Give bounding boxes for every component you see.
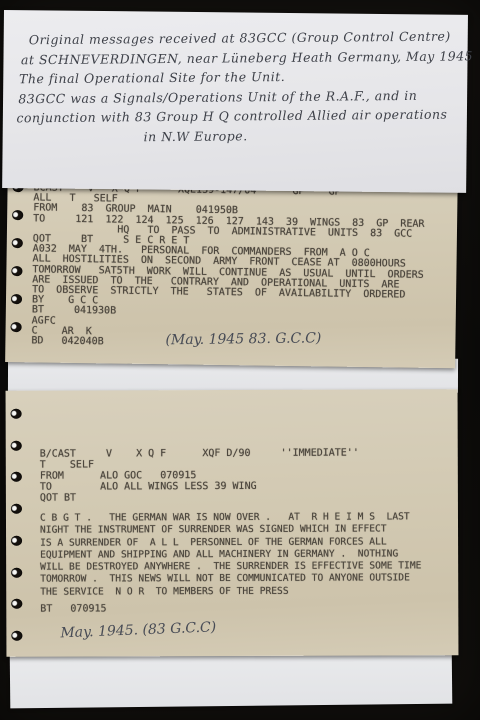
punch-hole-icon — [11, 472, 22, 482]
typewritten-line: IS A SURRENDER OF A L L PERSONNEL OF THE… — [40, 536, 421, 550]
punch-hole-icon — [11, 536, 22, 546]
punch-hole-icon — [11, 409, 22, 419]
punch-holes-column — [11, 409, 23, 641]
punch-holes-column — [11, 182, 24, 332]
telegram-surrender: B/CAST V X Q F XQF D/90 ''IMMEDIATE'' T … — [6, 389, 459, 657]
punch-hole-icon — [11, 440, 22, 450]
handwritten-note: Original messages received at 83GCC (Gro… — [2, 10, 468, 193]
note-line: in N.W Europe. — [144, 124, 468, 146]
punch-hole-icon — [11, 631, 22, 641]
telegram-surrender-header: B/CAST V X Q F XQF D/90 ''IMMEDIATE'' T … — [40, 448, 359, 504]
punch-hole-icon — [12, 238, 23, 248]
note-line: at SCHNEVERDINGEN, near Lüneberg Heath G… — [21, 46, 467, 69]
typewritten-line: NIGHT THE INSTRUMENT OF SURRENDER WAS SI… — [40, 524, 421, 538]
telegram-ceasefire-text: BCAST V X Q F XQE139-147/04 GP GP ALL T … — [31, 183, 425, 352]
white-sheet-edge-bottom — [10, 648, 453, 709]
note-line: conjunction with 83 Group H Q controlled… — [16, 104, 467, 127]
album-page-photo: Original messages received at 83GCC (Gro… — [0, 0, 480, 720]
punch-hole-icon — [12, 210, 23, 220]
telegram-surrender-body: C B G T . THE GERMAN WAR IS NOW OVER . A… — [40, 511, 422, 598]
punch-hole-icon — [11, 567, 22, 577]
punch-hole-icon — [11, 599, 22, 609]
punch-hole-icon — [11, 266, 22, 276]
handwritten-note-text: Original messages received at 83GCC (Gro… — [3, 26, 468, 147]
typewritten-line: THE SERVICE N O R TO MEMBERS OF THE PRES… — [40, 585, 421, 599]
punch-hole-icon — [11, 294, 22, 304]
punch-hole-icon — [11, 504, 22, 514]
typewritten-line: BT 070915 — [40, 603, 106, 614]
typewritten-line: QOT BT — [40, 492, 359, 504]
punch-hole-icon — [11, 322, 22, 332]
handwritten-annotation: (May. 1945 83. G.C.C) — [165, 330, 321, 348]
typewritten-line: TOMORROW . THIS NEWS WILL NOT BE COMMUNI… — [40, 573, 421, 587]
typewritten-line: B/CAST V X Q F XQF D/90 ''IMMEDIATE'' — [40, 448, 359, 460]
handwritten-annotation: May. 1945. (83 G.C.C) — [60, 619, 216, 641]
